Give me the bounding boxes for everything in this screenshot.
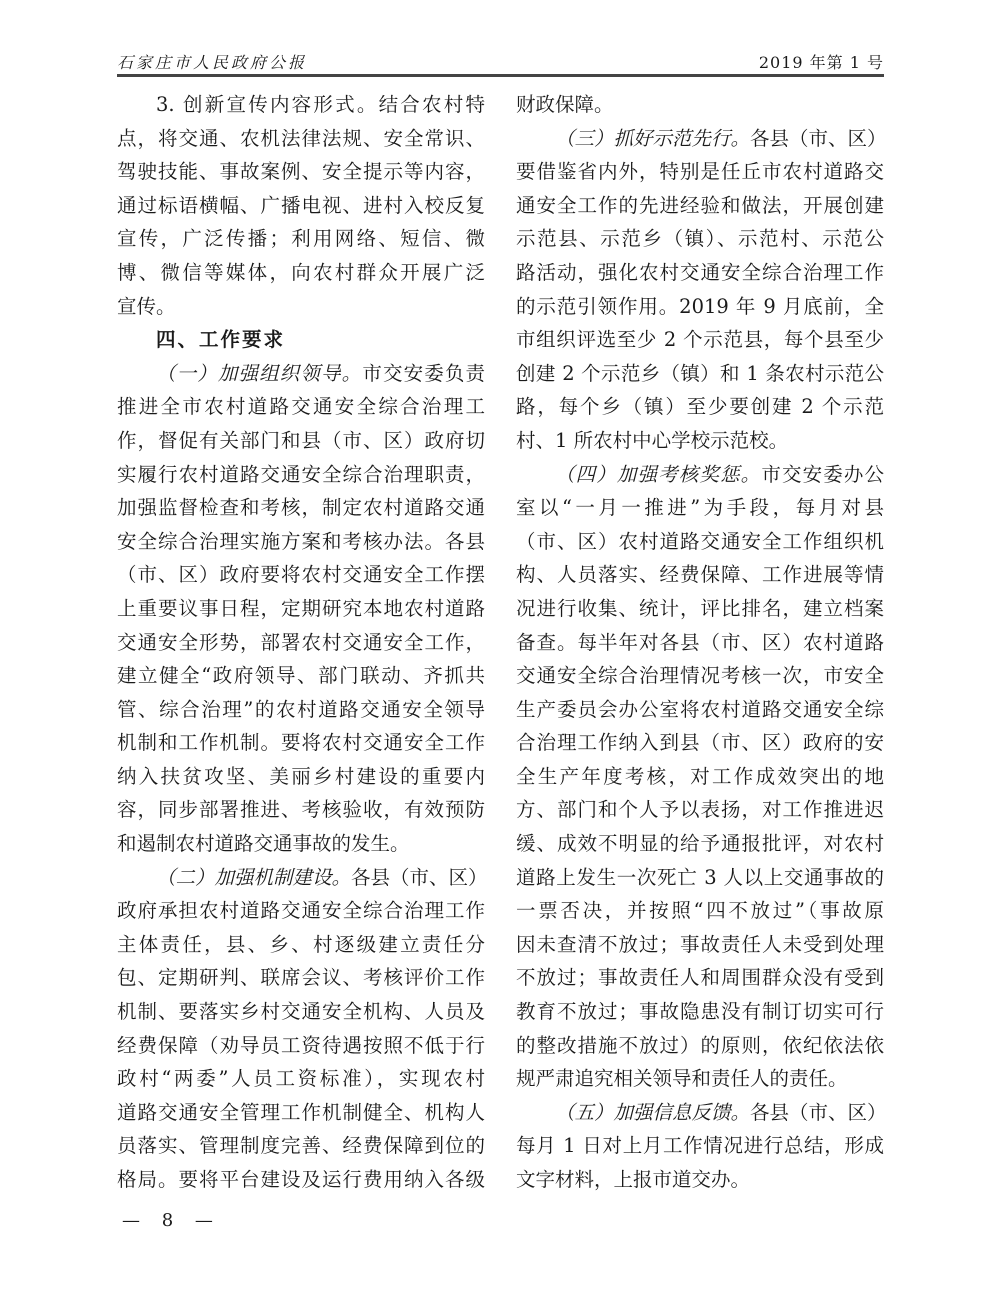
text-line: 备查。每半年对各县（市、区）农村道路	[516, 626, 884, 660]
line-text: 员落实、管理制度完善、经费保障到位的	[117, 1134, 485, 1157]
line-text: 3. 创新宣传内容形式。结合农村特	[156, 93, 485, 116]
line-text: 生产委员会办公室将农村道路交通安全综	[516, 698, 884, 721]
line-text: 财政保障。	[516, 93, 614, 116]
text-line: 和遏制农村道路交通事故的发生。	[117, 827, 485, 861]
text-line: 构、人员落实、经费保障、工作进展等情	[516, 558, 884, 592]
subsection-lead: （一）加强组织领导。	[156, 362, 362, 385]
text-line: 3. 创新宣传内容形式。结合农村特	[117, 88, 485, 122]
text-line: 要借鉴省内外，特别是任丘市农村道路交	[516, 155, 884, 189]
publication-title: 石家庄市人民政府公报	[117, 50, 307, 73]
line-text: 四、工作要求	[156, 328, 285, 351]
line-text: 包、定期研判、联席会议、考核评价工作	[117, 966, 485, 989]
line-text: 文字材料，上报市道交办。	[516, 1168, 750, 1191]
line-text: 创建 2 个示范乡（镇）和 1 条农村示范公	[516, 362, 884, 385]
line-text: 作，督促有关部门和县（市、区）政府切	[117, 429, 485, 452]
text-line: 机制、要落实乡村交通安全机构、人员及	[117, 995, 485, 1029]
line-text: 构、人员落实、经费保障、工作进展等情	[516, 563, 884, 586]
text-line: 每月 1 日对上月工作情况进行总结，形成	[516, 1129, 884, 1163]
line-text: 路活动，强化农村交通安全综合治理工作	[516, 261, 884, 284]
line-text: 全生产年度考核，对工作成效突出的地	[516, 765, 884, 788]
line-text: 主体责任，县、乡、村逐级建立责任分	[117, 933, 485, 956]
line-text: 驾驶技能、事故案例、安全提示等内容，	[117, 160, 485, 183]
text-line: 实履行农村道路交通安全综合治理职责，	[117, 458, 485, 492]
line-text: 路，每个乡（镇）至少要创建 2 个示范	[516, 395, 884, 418]
line-text: 的示范引领作用。2019 年 9 月底前，全	[516, 295, 884, 318]
text-line: 宣传。	[117, 290, 485, 324]
line-text: 上重要议事日程，定期研究本地农村道路	[117, 597, 485, 620]
line-text: 一票否决，并按照“四不放过”（事故原	[516, 899, 884, 922]
text-line: 的示范引领作用。2019 年 9 月底前，全	[516, 290, 884, 324]
line-text: 机制、要落实乡村交通安全机构、人员及	[117, 1000, 485, 1023]
text-line: 主体责任，县、乡、村逐级建立责任分	[117, 928, 485, 962]
text-line: 作，督促有关部门和县（市、区）政府切	[117, 424, 485, 458]
text-line: 机制和工作机制。要将农村交通安全工作	[117, 726, 485, 760]
text-line: 道路交通安全管理工作机制健全、机构人	[117, 1096, 485, 1130]
line-text: 交通安全形势，部署农村交通安全工作，	[117, 631, 485, 654]
text-line: 文字材料，上报市道交办。	[516, 1163, 884, 1197]
text-line: 加强监督检查和考核，制定农村道路交通	[117, 491, 485, 525]
text-line: 点，将交通、农机法律法规、安全常识、	[117, 122, 485, 156]
text-line: 管、综合治理”的农村道路交通安全领导	[117, 693, 485, 727]
line-text: 实履行农村道路交通安全综合治理职责，	[117, 463, 485, 486]
text-line: 包、定期研判、联席会议、考核评价工作	[117, 961, 485, 995]
line-text: 市交安委办公	[761, 463, 884, 486]
text-line: （五）加强信息反馈。各县（市、区）	[516, 1096, 884, 1130]
line-text: 市交安委负责	[362, 362, 485, 385]
header-rule	[117, 74, 884, 77]
line-text: 点，将交通、农机法律法规、安全常识、	[117, 127, 485, 150]
text-line: 一票否决，并按照“四不放过”（事故原	[516, 894, 884, 928]
line-text: 安全综合治理实施方案和考核办法。各县	[117, 530, 485, 553]
text-line: 况进行收集、统计，评比排名，建立档案	[516, 592, 884, 626]
text-line: （四）加强考核奖惩。市交安委办公	[516, 458, 884, 492]
line-text: 要借鉴省内外，特别是任丘市农村道路交	[516, 160, 884, 183]
text-line: 全生产年度考核，对工作成效突出的地	[516, 760, 884, 794]
text-line: 创建 2 个示范乡（镇）和 1 条农村示范公	[516, 357, 884, 391]
line-text: 市组织评选至少 2 个示范县，每个县至少	[516, 328, 884, 351]
text-line: 合治理工作纳入到县（市、区）政府的安	[516, 726, 884, 760]
line-text: 政村“两委”人员工资标准），实现农村	[117, 1067, 485, 1090]
line-text: 推进全市农村道路交通安全综合治理工	[117, 395, 485, 418]
text-line: 缓、成效不明显的给予通报批评，对农村	[516, 827, 884, 861]
line-text: 村、1 所农村中心学校示范校。	[516, 429, 788, 452]
line-text: 管、综合治理”的农村道路交通安全领导	[117, 698, 485, 721]
line-text: 政府承担农村道路交通安全综合治理工作	[117, 899, 485, 922]
line-text: 室以“一月一推进”为手段，每月对县	[516, 496, 884, 519]
text-line: （市、区）农村道路交通安全工作组织机	[516, 525, 884, 559]
line-text: 纳入扶贫攻坚、美丽乡村建设的重要内	[117, 765, 485, 788]
line-text: 各县（市、区）	[750, 127, 887, 150]
text-line: 博、微信等媒体，向农村群众开展广泛	[117, 256, 485, 290]
line-text: 教育不放过；事故隐患没有制订切实可行	[516, 1000, 884, 1023]
line-text: 道路交通安全管理工作机制健全、机构人	[117, 1101, 485, 1124]
text-line: 格局。要将平台建设及运行费用纳入各级	[117, 1163, 485, 1197]
subsection-lead: （三）抓好示范先行。	[555, 127, 750, 150]
page-number: — 8 —	[122, 1210, 221, 1231]
text-line: 政村“两委”人员工资标准），实现农村	[117, 1062, 485, 1096]
section-heading: 四、工作要求	[117, 323, 485, 357]
text-line: 建立健全“政府领导、部门联动、齐抓共	[117, 659, 485, 693]
line-text: 通安全工作的先进经验和做法，开展创建	[516, 194, 884, 217]
text-line: 经费保障（劝导员工资待遇按照不低于行	[117, 1029, 485, 1063]
line-text: 机制和工作机制。要将农村交通安全工作	[117, 731, 485, 754]
line-text: 加强监督检查和考核，制定农村道路交通	[117, 496, 485, 519]
subsection-lead: （四）加强考核奖惩。	[555, 463, 761, 486]
line-text: 合治理工作纳入到县（市、区）政府的安	[516, 731, 884, 754]
text-line: 室以“一月一推进”为手段，每月对县	[516, 491, 884, 525]
line-text: 博、微信等媒体，向农村群众开展广泛	[117, 261, 485, 284]
text-line: 示范县、示范乡（镇）、示范村、示范公	[516, 222, 884, 256]
line-text: 不放过；事故责任人和周围群众没有受到	[516, 966, 884, 989]
right-column: 财政保障。（三）抓好示范先行。各县（市、区）要借鉴省内外，特别是任丘市农村道路交…	[516, 88, 884, 1197]
left-column: 3. 创新宣传内容形式。结合农村特点，将交通、农机法律法规、安全常识、驾驶技能、…	[117, 88, 485, 1197]
text-line: 安全综合治理实施方案和考核办法。各县	[117, 525, 485, 559]
text-line: 路，每个乡（镇）至少要创建 2 个示范	[516, 390, 884, 424]
line-text: （市、区）政府要将农村交通安全工作摆	[117, 563, 485, 586]
text-line: 教育不放过；事故隐患没有制订切实可行	[516, 995, 884, 1029]
text-line: 员落实、管理制度完善、经费保障到位的	[117, 1129, 485, 1163]
line-text: 各县（市、区）	[351, 866, 488, 889]
line-text: 宣传。	[117, 295, 176, 318]
line-text: 和遏制农村道路交通事故的发生。	[117, 832, 410, 855]
line-text: 每月 1 日对上月工作情况进行总结，形成	[516, 1134, 884, 1157]
line-text: 示范县、示范乡（镇）、示范村、示范公	[516, 227, 884, 250]
text-line: 路活动，强化农村交通安全综合治理工作	[516, 256, 884, 290]
text-line: 交通安全形势，部署农村交通安全工作，	[117, 626, 485, 660]
text-line: 的整改措施不放过）的原则，依纪依法依	[516, 1029, 884, 1063]
line-text: （市、区）农村道路交通安全工作组织机	[516, 530, 884, 553]
text-line: （市、区）政府要将农村交通安全工作摆	[117, 558, 485, 592]
text-line: （三）抓好示范先行。各县（市、区）	[516, 122, 884, 156]
text-line: （一）加强组织领导。市交安委负责	[117, 357, 485, 391]
line-text: 格局。要将平台建设及运行费用纳入各级	[117, 1168, 485, 1191]
text-line: 驾驶技能、事故案例、安全提示等内容，	[117, 155, 485, 189]
subsection-lead: （五）加强信息反馈。	[555, 1101, 750, 1124]
text-line: 宣传，广泛传播；利用网络、短信、微	[117, 222, 485, 256]
line-text: 规严肃追究相关领导和责任人的责任。	[516, 1067, 848, 1090]
text-line: 村、1 所农村中心学校示范校。	[516, 424, 884, 458]
line-text: 因未查清不放过；事故责任人未受到处理	[516, 933, 884, 956]
issue-number: 2019 年第 1 号	[759, 50, 884, 73]
line-text: 备查。每半年对各县（市、区）农村道路	[516, 631, 884, 654]
text-line: 推进全市农村道路交通安全综合治理工	[117, 390, 485, 424]
line-text: 的整改措施不放过）的原则，依纪依法依	[516, 1034, 884, 1057]
line-text: 通过标语横幅、广播电视、进村入校反复	[117, 194, 485, 217]
line-text: 方、部门和个人予以表扬，对工作推进迟	[516, 798, 884, 821]
running-header: 石家庄市人民政府公报 2019 年第 1 号	[117, 50, 884, 74]
line-text: 建立健全“政府领导、部门联动、齐抓共	[117, 664, 485, 687]
line-text: 交通安全综合治理情况考核一次，市安全	[516, 664, 884, 687]
line-text: 经费保障（劝导员工资待遇按照不低于行	[117, 1034, 485, 1057]
line-text: 容，同步部署推进、考核验收，有效预防	[117, 798, 485, 821]
text-line: 财政保障。	[516, 88, 884, 122]
text-line: 生产委员会办公室将农村道路交通安全综	[516, 693, 884, 727]
text-line: 方、部门和个人予以表扬，对工作推进迟	[516, 793, 884, 827]
text-line: 因未查清不放过；事故责任人未受到处理	[516, 928, 884, 962]
text-line: 通过标语横幅、广播电视、进村入校反复	[117, 189, 485, 223]
text-line: 纳入扶贫攻坚、美丽乡村建设的重要内	[117, 760, 485, 794]
line-text: 缓、成效不明显的给予通报批评，对农村	[516, 832, 884, 855]
line-text: 宣传，广泛传播；利用网络、短信、微	[117, 227, 485, 250]
text-line: 市组织评选至少 2 个示范县，每个县至少	[516, 323, 884, 357]
text-line: 交通安全综合治理情况考核一次，市安全	[516, 659, 884, 693]
text-line: 容，同步部署推进、考核验收，有效预防	[117, 793, 485, 827]
subsection-lead: （二）加强机制建设。	[156, 866, 351, 889]
text-line: 规严肃追究相关领导和责任人的责任。	[516, 1062, 884, 1096]
text-line: （二）加强机制建设。各县（市、区）	[117, 861, 485, 895]
text-line: 通安全工作的先进经验和做法，开展创建	[516, 189, 884, 223]
text-line: 上重要议事日程，定期研究本地农村道路	[117, 592, 485, 626]
text-line: 政府承担农村道路交通安全综合治理工作	[117, 894, 485, 928]
text-line: 道路上发生一次死亡 3 人以上交通事故的	[516, 861, 884, 895]
line-text: 况进行收集、统计，评比排名，建立档案	[516, 597, 884, 620]
line-text: 道路上发生一次死亡 3 人以上交通事故的	[516, 866, 884, 889]
line-text: 各县（市、区）	[750, 1101, 887, 1124]
text-line: 不放过；事故责任人和周围群众没有受到	[516, 961, 884, 995]
